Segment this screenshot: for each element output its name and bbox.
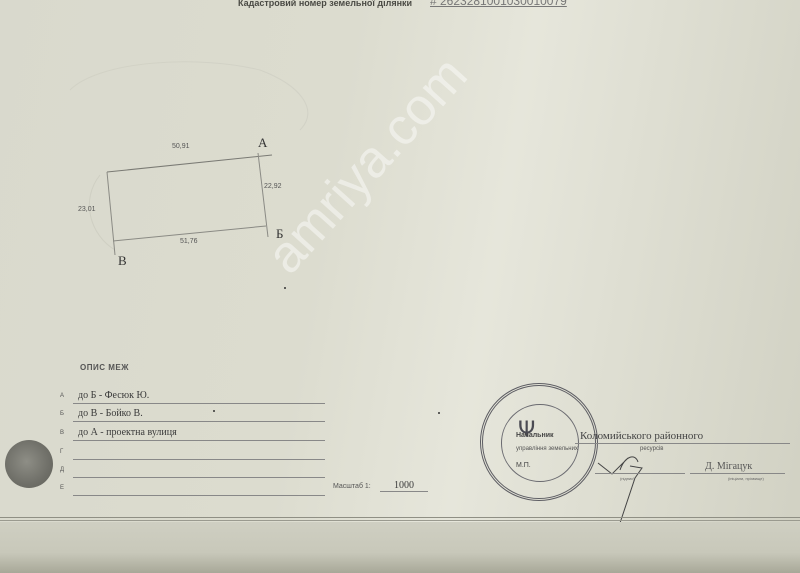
borders-title: ОПИС МЕЖ	[80, 363, 129, 372]
page-edge	[0, 522, 800, 573]
official-stamp	[480, 383, 598, 501]
distance-bottom: 51,76	[180, 238, 198, 245]
signatory-title: Начальник	[516, 432, 554, 439]
stamp-mark: М.П.	[516, 462, 531, 469]
signatory-name: Д. Мігацук	[705, 461, 752, 472]
trident-emblem-icon: Ψ	[518, 418, 535, 443]
coin-object	[5, 440, 53, 488]
border-row: А до Б - Фесюк Ю.	[60, 390, 325, 404]
signatory-organization: Коломийського районного	[580, 430, 703, 442]
border-row: Б до В - Бойко В.	[60, 408, 325, 422]
border-row: В до А - проектна вулиця	[60, 427, 325, 441]
border-row: Д	[60, 464, 325, 478]
name-caption: (ініціали, прізвище)	[728, 476, 764, 481]
scale-label: Масштаб 1:	[333, 483, 371, 490]
signatory-subtitle: управління земельних	[516, 446, 578, 452]
sign-caption: (підпис)	[620, 476, 634, 481]
distance-top: 50,91	[172, 143, 190, 150]
document-page: Кадастровий номер земельної ділянки # 26…	[0, 0, 800, 525]
corner-a: А	[258, 135, 267, 151]
scale-value: 1000	[380, 480, 428, 492]
handwritten-signature	[590, 448, 670, 528]
border-row: Е	[60, 482, 325, 496]
corner-v: В	[118, 253, 127, 269]
border-row: Г	[60, 446, 325, 460]
distance-right: 22,92	[264, 183, 282, 190]
distance-left: 23,01	[78, 206, 96, 213]
